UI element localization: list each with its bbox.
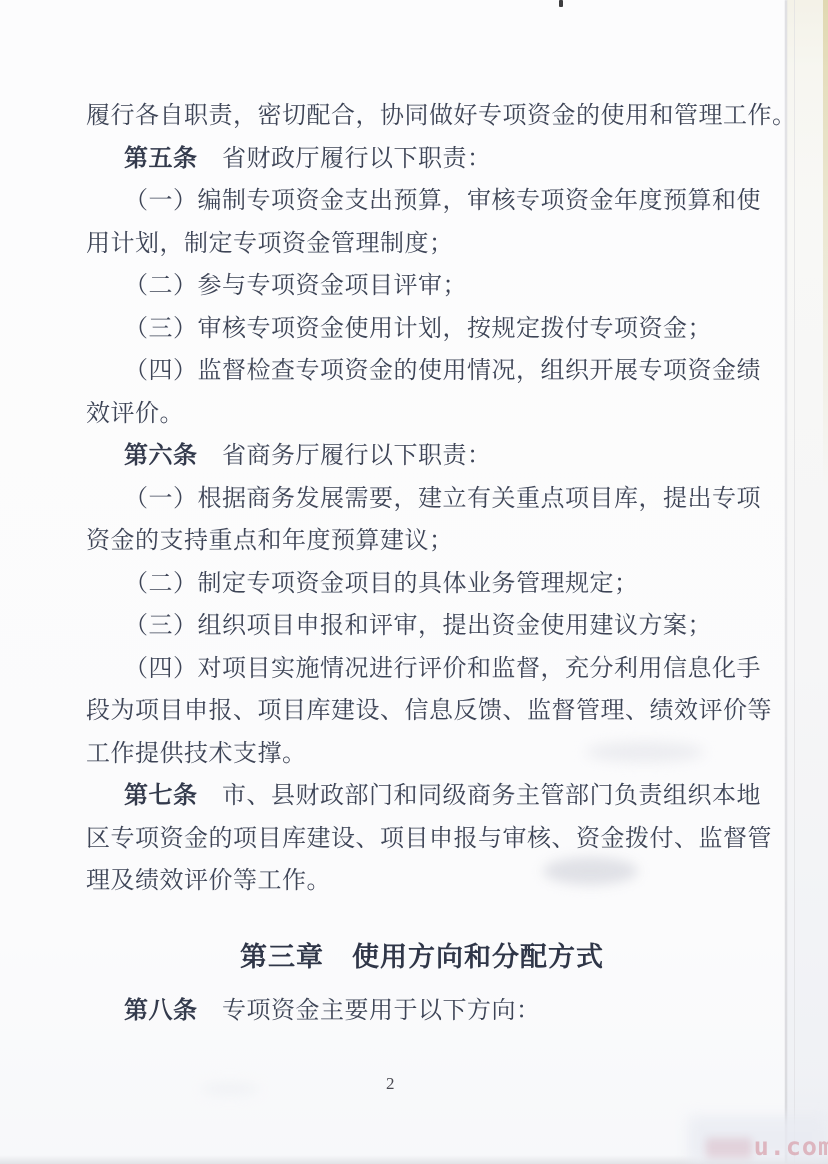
chapter-heading: 第三章 使用方向和分配方式 (86, 936, 758, 979)
text-line: （二）参与专项资金项目评审； (86, 265, 758, 308)
text-run: （二）制定专项资金项目的具体业务管理规定； (124, 571, 639, 597)
text-run: 用计划，制定专项资金管理制度； (86, 231, 454, 257)
text-run: 理及绩效评价等工作。 (86, 868, 331, 894)
text-run: 专项资金主要用于以下方向： (198, 998, 541, 1024)
text-line: 资金的支持重点和年度预算建议； (86, 520, 758, 563)
text-run: 区专项资金的项目库建设、项目申报与审核、资金拨付、监督管 (86, 826, 772, 852)
text-line: 第六条 省商务厅履行以下职责： (86, 435, 758, 478)
text-run: 工作提供技术支撑。 (86, 741, 307, 767)
page-number: 2 (386, 1074, 395, 1094)
page-edge-shadow-line-2 (794, 0, 795, 1164)
watermark-blur-fragment (706, 1138, 752, 1158)
text-run: （一）根据商务发展需要，建立有关重点项目库，提出专项 (124, 486, 761, 512)
bleed-through-smudge (200, 1082, 260, 1096)
article-number: 第八条 (124, 998, 198, 1024)
text-line: （三）审核专项资金使用计划，按规定拨付专项资金； (86, 308, 758, 351)
text-line: 用计划，制定专项资金管理制度； (86, 223, 758, 266)
text-line: （一）编制专项资金支出预算，审核专项资金年度预算和使 (86, 180, 758, 223)
text-run: 段为项目申报、项目库建设、信息反馈、监督管理、绩效评价等 (86, 698, 772, 724)
text-line: 段为项目申报、项目库建设、信息反馈、监督管理、绩效评价等 (86, 690, 758, 733)
text-line: 工作提供技术支撑。 (86, 733, 758, 776)
article-number: 第三章 使用方向和分配方式 (240, 942, 604, 972)
text-line: （二）制定专项资金项目的具体业务管理规定； (86, 563, 758, 606)
text-run: （二）参与专项资金项目评审； (124, 273, 467, 299)
text-line: 第七条 市、县财政部门和同级商务主管部门负责组织本地 (86, 775, 758, 818)
document-body: 履行各自职责，密切配合，协同做好专项资金的使用和管理工作。第五条 省财政厅履行以… (86, 95, 758, 1033)
text-run: （四）监督检查专项资金的使用情况，组织开展专项资金绩 (124, 358, 761, 384)
text-line: （一）根据商务发展需要，建立有关重点项目库，提出专项 (86, 478, 758, 521)
text-run: 省财政厅履行以下职责： (198, 146, 492, 172)
page-edge-warm-tint (823, 0, 828, 520)
text-line: 履行各自职责，密切配合，协同做好专项资金的使用和管理工作。 (86, 95, 758, 138)
text-run: 市、县财政部门和同级商务主管部门负责组织本地 (198, 783, 762, 809)
text-line: 第八条 专项资金主要用于以下方向： (86, 990, 758, 1033)
site-watermark: u.com (754, 1132, 828, 1161)
article-number: 第七条 (124, 783, 198, 809)
page-edge-shadow-line (785, 0, 787, 1164)
text-run: （三）审核专项资金使用计划，按规定拨付专项资金； (124, 316, 712, 342)
text-line: 效评价。 (86, 393, 758, 436)
text-line: 理及绩效评价等工作。 (86, 860, 758, 903)
text-line: （四）对项目实施情况进行评价和监督，充分利用信息化手 (86, 648, 758, 691)
text-line: 第五条 省财政厅履行以下职责： (86, 138, 758, 181)
text-line: 区专项资金的项目库建设、项目申报与审核、资金拨付、监督管 (86, 818, 758, 861)
scan-speck (559, 0, 563, 7)
text-line: （三）组织项目申报和评审，提出资金使用建议方案； (86, 605, 758, 648)
article-number: 第六条 (124, 443, 198, 469)
text-run: （一）编制专项资金支出预算，审核专项资金年度预算和使 (124, 188, 761, 214)
scanned-document-page: 履行各自职责，密切配合，协同做好专项资金的使用和管理工作。第五条 省财政厅履行以… (0, 0, 828, 1164)
text-run: 履行各自职责，密切配合，协同做好专项资金的使用和管理工作。 (86, 103, 797, 129)
text-run: 省商务厅履行以下职责： (198, 443, 492, 469)
text-run: （三）组织项目申报和评审，提出资金使用建议方案； (124, 613, 712, 639)
text-run: 资金的支持重点和年度预算建议； (86, 528, 454, 554)
text-run: （四）对项目实施情况进行评价和监督，充分利用信息化手 (124, 656, 761, 682)
text-line: （四）监督检查专项资金的使用情况，组织开展专项资金绩 (86, 350, 758, 393)
article-number: 第五条 (124, 146, 198, 172)
text-run: 效评价。 (86, 401, 184, 427)
